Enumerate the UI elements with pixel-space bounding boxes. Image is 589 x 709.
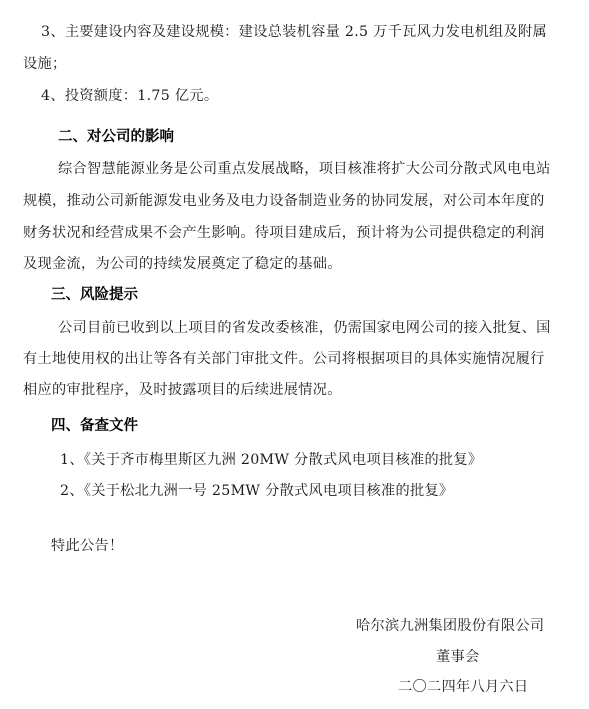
section-heading-documents: 四、备查文件 xyxy=(51,416,138,436)
signature-company: 哈尔滨九洲集团股份有限公司 xyxy=(356,616,544,636)
item-4: 4、投资额度：1.75 亿元。 xyxy=(41,86,218,106)
item-3-line-1: 3、主要建设内容及建设规模：建设总装机容量 2.5 万千瓦风力发电机组及附属 xyxy=(41,22,547,42)
section-heading-impact: 二、对公司的影响 xyxy=(58,127,174,147)
document-item-2: 2、《关于松北九洲一号 25MW 分散式风电项目核准的批复》 xyxy=(60,481,453,501)
impact-paragraph-line-1: 综合智慧能源业务是公司重点发展战略，项目核准将扩大公司分散式风电电站 xyxy=(58,159,551,179)
impact-paragraph-line-2: 规模，推动公司新能源发电业务及电力设备制造业务的协同发展，对公司本年度的 xyxy=(23,191,545,211)
document-item-1: 1、《关于齐市梅里斯区九洲 20MW 分散式风电项目核准的批复》 xyxy=(60,450,482,470)
risk-paragraph-line-1: 公司目前已收到以上项目的省发改委核准，仍需国家电网公司的接入批复、国 xyxy=(58,318,551,338)
impact-paragraph-line-4: 及现金流，为公司的持续发展奠定了稳定的基础。 xyxy=(23,254,342,274)
signature-board: 董事会 xyxy=(436,647,479,667)
risk-paragraph-line-2: 有土地使用权的出让等各有关部门审批文件。公司将根据项目的具体实施情况履行 xyxy=(23,349,545,369)
impact-paragraph-line-3: 财务状况和经营成果不会产生影响。待项目建成后，预计将为公司提供稳定的利润 xyxy=(23,223,545,243)
section-heading-risk: 三、风险提示 xyxy=(51,285,138,305)
signature-date: 二〇二四年八月六日 xyxy=(398,677,528,697)
risk-paragraph-line-3: 相应的审批程序，及时披露项目的后续进展情况。 xyxy=(23,380,342,400)
item-3-line-2: 设施； xyxy=(23,54,66,74)
closing-statement: 特此公告！ xyxy=(51,536,123,556)
